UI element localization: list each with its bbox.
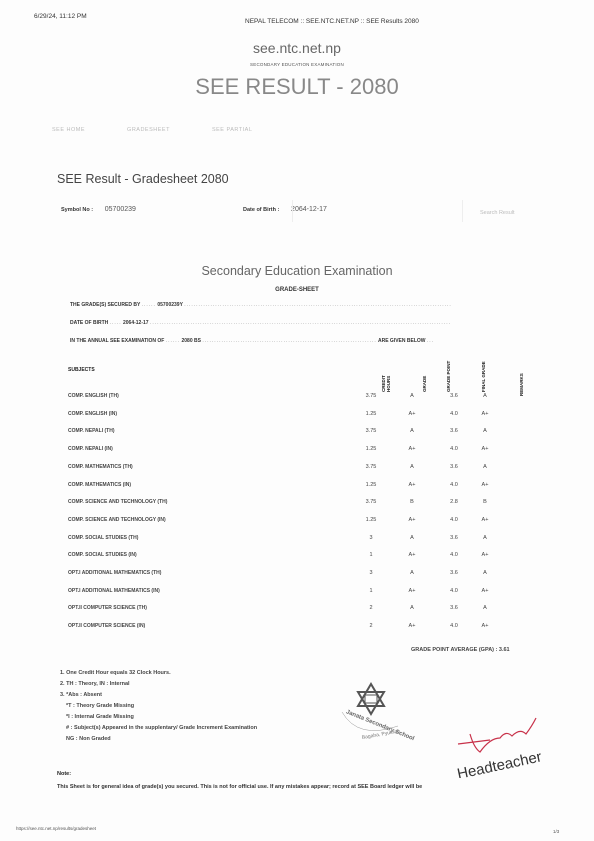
search-form: Symbol No : 05700239 xyxy=(61,206,136,213)
grade-point-cell: 3.6 xyxy=(444,535,464,541)
grade-point-cell: 3.6 xyxy=(444,428,464,434)
symbol-label: Symbol No : xyxy=(61,207,93,213)
table-row: COMP. SOCIAL STUDIES (TH)3A3.6A xyxy=(0,535,594,553)
dob-line: DATE OF BIRTH ..... 2064-12-17 .........… xyxy=(70,320,490,326)
school-seal-icon: Janata Secondary School Bagaha, Pyuthan xyxy=(338,682,416,744)
footer-url: https://see.ntc.net.np/results/gradeshee… xyxy=(16,826,96,831)
nav-see-home[interactable]: SEE HOME xyxy=(52,127,85,133)
note-text: This Sheet is for general idea of grade(… xyxy=(57,784,422,790)
final-grade-cell: A+ xyxy=(475,411,495,417)
grade-cell: A+ xyxy=(402,623,422,629)
gradesheet-title: Secondary Education Examination xyxy=(0,264,594,278)
grade-point-cell: 3.6 xyxy=(444,464,464,470)
credit-hours-cell: 1.25 xyxy=(361,517,381,523)
subject-cell: OPT.I ADDITIONAL MATHEMATICS (TH) xyxy=(68,570,161,576)
site-heading: SEE RESULT - 2080 xyxy=(0,74,594,100)
subject-cell: COMP. NEPALI (IN) xyxy=(68,446,113,452)
nav-gradesheet[interactable]: GRADESHEET xyxy=(127,127,170,133)
subject-cell: OPT.II COMPUTER SCIENCE (IN) xyxy=(68,623,145,629)
credit-hours-cell: 3 xyxy=(361,535,381,541)
nav-see-partial[interactable]: SEE PARTIAL xyxy=(212,127,252,133)
table-row: COMP. MATHEMATICS (IN)1.25A+4.0A+ xyxy=(0,482,594,500)
table-row: COMP. MATHEMATICS (TH)3.75A3.6A xyxy=(0,464,594,482)
divider xyxy=(462,200,463,222)
gradesheet-subtitle: GRADE-SHEET xyxy=(0,287,594,293)
subject-cell: COMP. SCIENCE AND TECHNOLOGY (TH) xyxy=(68,499,167,505)
table-row: COMP. ENGLISH (IN)1.25A+4.0A+ xyxy=(0,411,594,429)
legend: 1. One Credit Hour equals 32 Clock Hours… xyxy=(60,668,257,745)
exam-suffix: ARE GIVEN BELOW xyxy=(378,338,426,344)
table-row: OPT.II COMPUTER SCIENCE (TH)2A3.6A xyxy=(0,605,594,623)
grade-cell: A xyxy=(402,535,422,541)
print-page-title: NEPAL TELECOM :: SEE.NTC.NET.NP :: SEE R… xyxy=(245,18,419,25)
symbol-input[interactable]: 05700239 xyxy=(105,206,136,213)
final-grade-cell: B xyxy=(475,499,495,505)
final-grade-cell: A+ xyxy=(475,446,495,452)
col-grade-point: GRADE POINT xyxy=(446,360,456,392)
credit-hours-cell: 1.25 xyxy=(361,411,381,417)
grade-cell: A xyxy=(402,570,422,576)
credit-hours-cell: 1.25 xyxy=(361,482,381,488)
grade-point-cell: 3.6 xyxy=(444,393,464,399)
final-grade-cell: A xyxy=(475,605,495,611)
grade-cell: A+ xyxy=(402,446,422,452)
grade-point-cell: 4.0 xyxy=(444,623,464,629)
credit-hours-cell: 2 xyxy=(361,623,381,629)
gpa: GRADE POINT AVERAGE (GPA) : 3.61 xyxy=(411,647,510,653)
final-grade-cell: A+ xyxy=(475,517,495,523)
final-grade-cell: A xyxy=(475,535,495,541)
final-grade-cell: A+ xyxy=(475,552,495,558)
credit-hours-cell: 3.75 xyxy=(361,393,381,399)
grade-point-cell: 3.6 xyxy=(444,570,464,576)
exam-line: IN THE ANNUAL SEE EXAMINATION OF ...... … xyxy=(70,338,490,344)
subject-cell: OPT.I ADDITIONAL MATHEMATICS (IN) xyxy=(68,588,160,594)
grade-point-cell: 4.0 xyxy=(444,482,464,488)
grade-point-cell: 4.0 xyxy=(444,446,464,452)
headteacher-signature-icon: Headteacher xyxy=(440,708,570,778)
table-row: COMP. NEPALI (IN)1.25A+4.0A+ xyxy=(0,446,594,464)
exam-value: 2080 BS xyxy=(181,338,200,344)
grade-point-cell: 2.8 xyxy=(444,499,464,505)
final-grade-cell: A xyxy=(475,393,495,399)
site-domain: see.ntc.net.np xyxy=(0,40,594,56)
print-timestamp: 6/29/24, 11:12 PM xyxy=(34,13,87,20)
note-heading: Note: xyxy=(57,771,71,777)
legend-item: # : Subject(s) Appeared in the supplenta… xyxy=(60,723,257,734)
table-row: COMP. SCIENCE AND TECHNOLOGY (IN)1.25A+4… xyxy=(0,517,594,535)
col-remarks: REMARKS xyxy=(519,360,524,396)
legend-item: 2. TH : Theory, IN : Internal xyxy=(60,679,257,690)
search-result-button[interactable]: Search Result xyxy=(480,210,515,216)
credit-hours-cell: 1 xyxy=(361,588,381,594)
col-grade: GRADE xyxy=(422,360,427,392)
grade-point-cell: 3.6 xyxy=(444,605,464,611)
subject-cell: COMP. ENGLISH (TH) xyxy=(68,393,119,399)
final-grade-cell: A xyxy=(475,570,495,576)
col-credit-hours: CREDIT HOURS xyxy=(381,360,391,392)
credit-hours-cell: 1 xyxy=(361,552,381,558)
dob-form-group: Date of Birth : 2064-12-17 xyxy=(243,206,327,213)
gradesheet-page-title: SEE Result - Gradesheet 2080 xyxy=(57,172,229,186)
final-grade-cell: A+ xyxy=(475,482,495,488)
table-row: OPT.I ADDITIONAL MATHEMATICS (IN)1A+4.0A… xyxy=(0,588,594,606)
grade-cell: A xyxy=(402,428,422,434)
col-final-grade: FINAL GRADE xyxy=(481,360,491,392)
credit-hours-cell: 2 xyxy=(361,605,381,611)
grade-cell: A xyxy=(402,605,422,611)
subject-cell: COMP. SOCIAL STUDIES (IN) xyxy=(68,552,137,558)
grade-point-cell: 4.0 xyxy=(444,517,464,523)
final-grade-cell: A xyxy=(475,464,495,470)
credit-hours-cell: 3.75 xyxy=(361,464,381,470)
subject-cell: COMP. SOCIAL STUDIES (TH) xyxy=(68,535,138,541)
grade-cell: B xyxy=(402,499,422,505)
credit-hours-cell: 1.25 xyxy=(361,446,381,452)
subject-cell: COMP. MATHEMATICS (IN) xyxy=(68,482,131,488)
grade-cell: A xyxy=(402,464,422,470)
grade-point-cell: 4.0 xyxy=(444,411,464,417)
secured-by-value: 05700239Y xyxy=(157,302,183,308)
subject-cell: COMP. NEPALI (TH) xyxy=(68,428,114,434)
dob-line-value: 2064-12-17 xyxy=(123,320,149,326)
table-row: OPT.II COMPUTER SCIENCE (IN)2A+4.0A+ xyxy=(0,623,594,641)
grade-point-cell: 4.0 xyxy=(444,588,464,594)
dob-line-label: DATE OF BIRTH xyxy=(70,320,108,326)
subject-cell: OPT.II COMPUTER SCIENCE (TH) xyxy=(68,605,147,611)
legend-item: 1. One Credit Hour equals 32 Clock Hours… xyxy=(60,668,257,679)
col-subjects: SUBJECTS xyxy=(68,367,95,373)
legend-item: NG : Non Graded xyxy=(60,734,257,745)
subject-cell: COMP. MATHEMATICS (TH) xyxy=(68,464,133,470)
dob-input[interactable]: 2064-12-17 xyxy=(291,206,327,213)
page-number: 1/3 xyxy=(553,829,559,834)
table-row: COMP. SCIENCE AND TECHNOLOGY (TH)3.75B2.… xyxy=(0,499,594,517)
grade-cell: A+ xyxy=(402,411,422,417)
legend-item: *I : Internal Grade Missing xyxy=(60,712,257,723)
table-row: COMP. NEPALI (TH)3.75A3.6A xyxy=(0,428,594,446)
main-nav: SEE HOME GRADESHEET SEE PARTIAL xyxy=(52,127,252,133)
subject-cell: COMP. ENGLISH (IN) xyxy=(68,411,117,417)
grade-cell: A+ xyxy=(402,588,422,594)
credit-hours-cell: 3.75 xyxy=(361,428,381,434)
svg-text:Headteacher: Headteacher xyxy=(456,748,544,778)
dob-label: Date of Birth : xyxy=(243,207,279,213)
table-row: OPT.I ADDITIONAL MATHEMATICS (TH)3A3.6A xyxy=(0,570,594,588)
table-row: COMP. ENGLISH (TH)3.75A3.6A xyxy=(0,393,594,411)
grade-cell: A+ xyxy=(402,552,422,558)
table-row: COMP. SOCIAL STUDIES (IN)1A+4.0A+ xyxy=(0,552,594,570)
grade-cell: A+ xyxy=(402,517,422,523)
grade-point-cell: 4.0 xyxy=(444,552,464,558)
credit-hours-cell: 3.75 xyxy=(361,499,381,505)
divider xyxy=(292,200,293,222)
secured-by-label: THE GRADE(S) SECURED BY xyxy=(70,302,140,308)
grade-cell: A xyxy=(402,393,422,399)
final-grade-cell: A+ xyxy=(475,623,495,629)
secured-by-line: THE GRADE(S) SECURED BY ...... 05700239Y… xyxy=(70,302,490,308)
legend-item: 3. *Abs : Absent xyxy=(60,690,257,701)
subject-cell: COMP. SCIENCE AND TECHNOLOGY (IN) xyxy=(68,517,166,523)
final-grade-cell: A xyxy=(475,428,495,434)
exam-label: IN THE ANNUAL SEE EXAMINATION OF xyxy=(70,338,164,344)
legend-item: *T : Theory Grade Missing xyxy=(60,701,257,712)
grade-cell: A+ xyxy=(402,482,422,488)
final-grade-cell: A+ xyxy=(475,588,495,594)
site-subtitle: SECONDARY EDUCATION EXAMINATION xyxy=(0,62,594,67)
credit-hours-cell: 3 xyxy=(361,570,381,576)
